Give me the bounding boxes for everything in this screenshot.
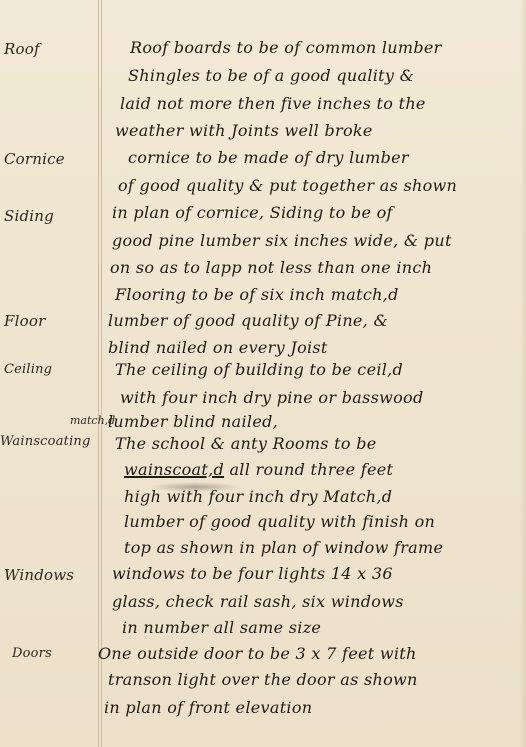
margin-label-siding: Siding (4, 207, 54, 225)
text-line: laid not more then five inches to the (120, 94, 426, 113)
text-line: lumber blind nailed, (108, 412, 278, 431)
margin-label-ceiling: Ceiling (4, 362, 52, 377)
text-line: of good quality & put together as shown (118, 176, 457, 195)
underlined-word: wainscoat,d (124, 460, 224, 479)
margin-label-floor: Floor (4, 312, 45, 330)
margin-label-roof: Roof (4, 40, 40, 58)
text-line: cornice to be made of dry lumber (128, 148, 409, 167)
text-line: high with four inch dry Match,d (124, 487, 392, 506)
text-line: glass, check rail sash, six windows (112, 592, 404, 611)
text-line: lumber of good quality of Pine, & (108, 311, 388, 330)
text-line: One outside door to be 3 x 7 feet with (98, 644, 417, 663)
text-line: The ceiling of building to be ceil,d (115, 360, 403, 379)
text-line: Flooring to be of six inch match,d (115, 285, 399, 304)
text-line: wainscoat,d all round three feet (124, 460, 393, 479)
text-line: with four inch dry pine or basswood (120, 388, 424, 407)
text-fragment: all round three feet (224, 460, 393, 479)
text-line: transon light over the door as shown (108, 670, 418, 689)
text-line: in plan of front elevation (104, 698, 312, 717)
text-line: The school & anty Rooms to be (115, 434, 377, 453)
margin-rule (98, 0, 99, 747)
manuscript-page: Roof Cornice Siding Floor Ceiling Wainsc… (0, 0, 526, 747)
margin-label-cornice: Cornice (4, 150, 65, 168)
margin-rule (101, 0, 102, 747)
margin-label-windows: Windows (4, 566, 74, 584)
text-line: Shingles to be of a good quality & (128, 66, 414, 85)
text-line: windows to be four lights 14 x 36 (112, 564, 393, 583)
text-line: in plan of cornice, Siding to be of (112, 203, 393, 222)
margin-label-doors: Doors (12, 646, 52, 661)
text-line: blind nailed on every Joist (108, 338, 328, 357)
text-line: weather with Joints well broke (115, 121, 373, 140)
text-line: on so as to lapp not less than one inch (110, 258, 432, 277)
text-line: lumber of good quality with finish on (124, 512, 435, 531)
text-line: Roof boards to be of common lumber (130, 38, 442, 57)
text-line: good pine lumber six inches wide, & put (112, 231, 452, 250)
text-line: in number all same size (122, 618, 321, 637)
text-line: top as shown in plan of window frame (124, 538, 443, 557)
margin-label-wainscoating: Wainscoating (0, 434, 91, 449)
